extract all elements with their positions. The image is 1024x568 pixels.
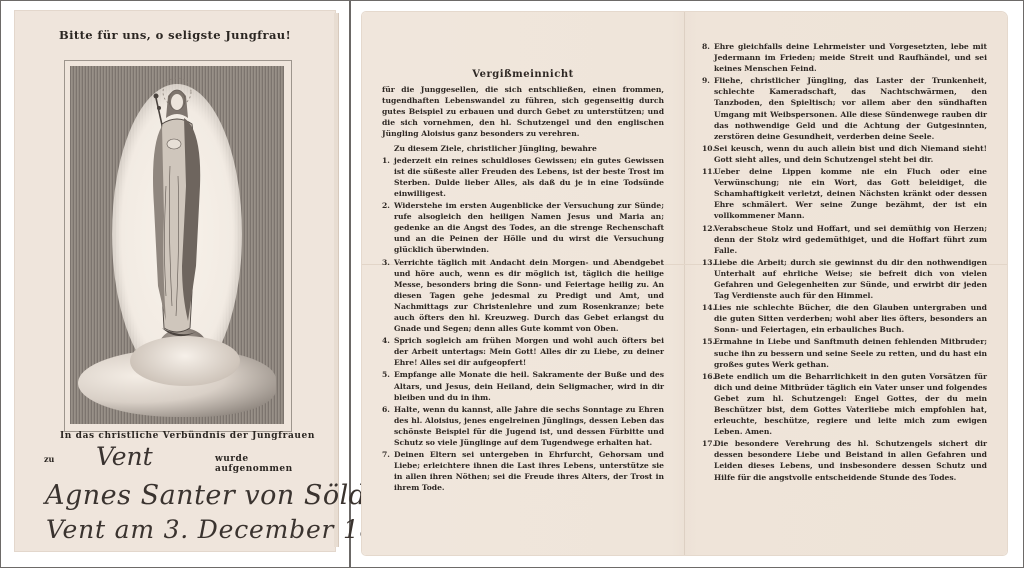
card-title: Bitte für uns, o seligste Jungfrau! [15, 28, 335, 42]
rule-item: 1.jederzeit ein reines schuldloses Gewis… [382, 155, 664, 199]
rule-item: 10.Sei keusch, wenn du auch allein bist … [702, 143, 987, 165]
rule-item: 2.Widerstehe im ersten Augenblicke der V… [382, 200, 664, 255]
certificate-accepted-label: wurde aufgenommen [215, 454, 320, 474]
rule-item: 15.Ermahne in Liebe und Sanftmuth deinen… [702, 336, 987, 369]
text-column-right: 8.Ehre gleichfalls deine Lehrmeister und… [702, 40, 987, 483]
sheet-title: Vergißmeinnicht [382, 69, 664, 80]
certificate-heading: In das christliche Verbündnis der Jungfr… [60, 431, 320, 441]
rule-item: 13.Liebe die Arbeit; durch sie gewinnst … [702, 257, 987, 301]
rule-item: 4.Sprich sogleich am frühen Morgen und w… [382, 335, 664, 368]
rule-item: 3.Verrichte täglich mit Andacht dein Mor… [382, 257, 664, 335]
virgin-mary-engraving [70, 66, 284, 424]
devotional-card-back: Vergißmeinnicht für die Junggesellen, di… [362, 12, 1007, 555]
rule-item: 14.Lies nie schlechte Bücher, die den Gl… [702, 302, 987, 335]
rule-item: 12.Verabscheue Stolz und Hoffart, und se… [702, 223, 987, 256]
rule-item: 5.Empfange alle Monate die heil. Sakrame… [382, 369, 664, 402]
text-column-left: Vergißmeinnicht für die Junggesellen, di… [382, 69, 664, 493]
subheading: Zu diesem Ziele, christlicher Jüngling, … [382, 143, 664, 154]
rule-item: 11.Ueber deine Lippen komme nie ein Fluc… [702, 166, 987, 221]
certificate-zu-label: zu [44, 454, 54, 464]
madonna-figure-icon [70, 66, 284, 424]
rule-item: 8.Ehre gleichfalls deine Lehrmeister und… [702, 41, 987, 74]
rule-item: 9.Fliehe, christlicher Jüngling, das Las… [702, 75, 987, 142]
handwritten-name: Agnes Santer von Sölden. [45, 480, 410, 511]
engraving-frame [64, 60, 292, 432]
devotional-card-front: Bitte für uns, o seligste Jungfrau! [15, 11, 335, 551]
rule-item: 16.Bete endlich um die Beharrlichkeit in… [702, 371, 987, 438]
intro-paragraph: für die Junggesellen, die sich entschlie… [382, 84, 664, 139]
vertical-fold-line [684, 12, 685, 555]
rule-item: 7.Deinen Eltern sei untergeben in Ehrfur… [382, 449, 664, 493]
handwritten-parish: Vent [96, 442, 153, 471]
rule-item: 17.Die besondere Verehrung des hl. Schut… [702, 438, 987, 482]
rule-item: 6.Halte, wenn du kannst, alle Jahre die … [382, 404, 664, 448]
card-edge [334, 13, 339, 547]
